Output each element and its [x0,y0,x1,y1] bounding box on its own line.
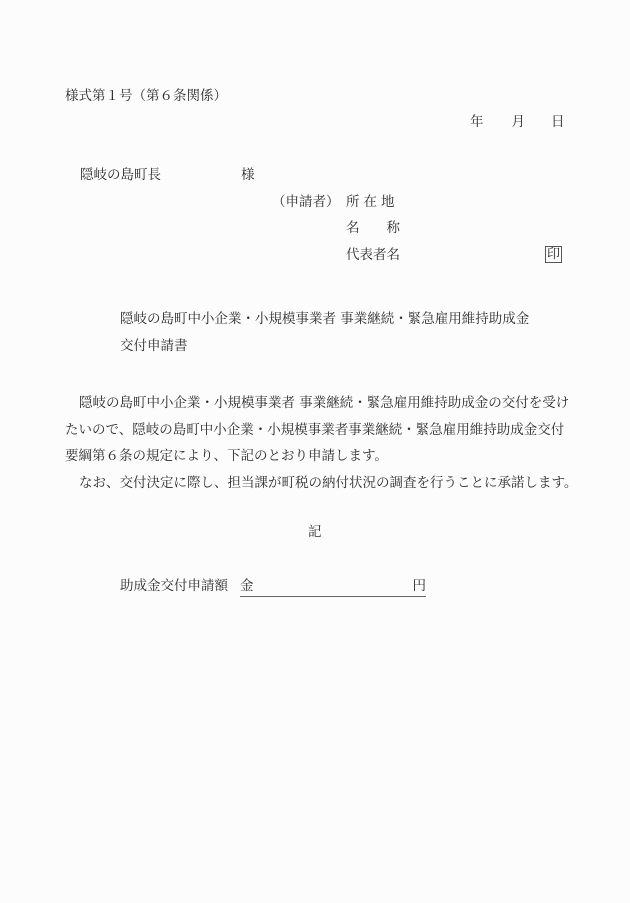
recipient-honorific: 様 [241,169,255,183]
body-line-3: 要綱第６条の規定により、下記のとおり申請します。 [65,443,565,470]
amount-field[interactable]: 金 円 [240,580,426,597]
amount-label: 助成金交付申請額 [120,580,228,594]
consent-statement: なお、交付決定に際し、担当課が町税の納付状況の調査を行うことに承諾します。 [65,470,565,497]
representative-label: 代表者名 [346,249,400,263]
body-line-1: 隠岐の島町中小企業・小規模事業者 事業継続・緊急雇用維持助成金の交付を受け [65,390,565,417]
date-day-label: 日 [551,116,565,130]
date-year-label: 年 [470,116,484,130]
company-name-label-second: 称 [387,220,401,236]
amount-suffix: 円 [413,580,427,594]
date-month-label: 月 [512,116,526,130]
date-row: 年月日 [470,116,565,130]
document-title-line2: 交付申請書 [120,340,188,354]
recipient-name: 隠岐の島町長 [80,169,161,183]
form-number: 様式第１号（第６条関係） [65,90,227,104]
document-title-line1: 隠岐の島町中小企業・小規模事業者 事業継続・緊急雇用維持助成金 [120,313,529,327]
application-body: 隠岐の島町中小企業・小規模事業者 事業継続・緊急雇用維持助成金の交付を受け たい… [65,390,565,496]
address-label: 所在地 [346,196,399,210]
body-line-2: たいので、隠岐の島町中小企業・小規模事業者事業継続・緊急雇用維持助成金交付 [65,417,565,444]
seal-stamp-box: 印 [545,246,562,263]
applicant-label: （申請者） [272,196,340,210]
company-name-label: 名称 [346,222,400,236]
company-name-label-first: 名 [346,220,360,236]
ki-heading: 記 [308,526,322,540]
amount-prefix: 金 [240,580,254,594]
